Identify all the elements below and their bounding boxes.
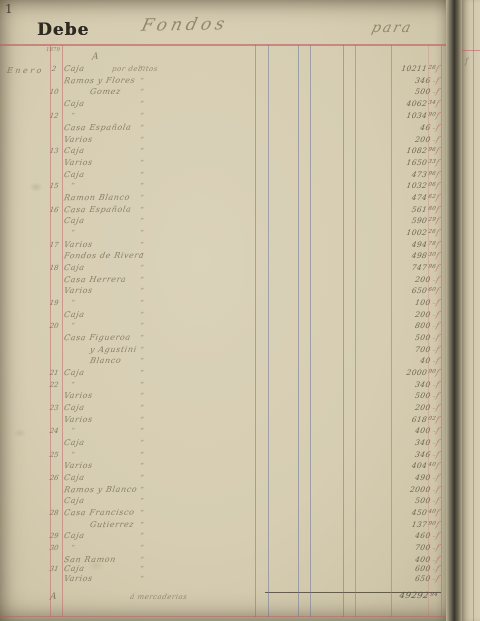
row-amount: 406234 xyxy=(369,100,436,108)
row-account: Caja xyxy=(63,565,85,573)
row-ditto-mark: ” xyxy=(140,393,145,400)
posting-mark: f xyxy=(435,427,440,435)
row-amount: 200– xyxy=(369,136,436,144)
row-account: Ramos y Blanco xyxy=(63,486,138,495)
column-rule-blue-5 xyxy=(343,45,344,617)
row-ditto-mark: ” xyxy=(140,137,145,144)
row-day: 13 xyxy=(46,148,63,155)
row-account: Fondos de Rivera xyxy=(63,252,145,261)
posting-mark: f xyxy=(435,416,440,424)
row-account: Casa Española xyxy=(63,206,132,214)
posting-mark: f xyxy=(435,276,440,284)
row-account: Gomez xyxy=(89,88,121,96)
column-rule-amount-right xyxy=(441,45,442,617)
row-ditto-mark: ” xyxy=(140,113,145,120)
row-ditto-mark: ” xyxy=(140,253,145,260)
row-day: 23 xyxy=(46,405,63,412)
row-ditto-mark: ” xyxy=(140,557,145,564)
row-ditto-mark: ” xyxy=(140,428,145,435)
posting-mark: f xyxy=(435,381,440,389)
row-ditto-mark: ” xyxy=(140,160,145,167)
row-day: 19 xyxy=(46,300,63,307)
row-ditto-mark: ” xyxy=(140,463,145,470)
next-page-rule xyxy=(473,0,474,621)
posting-mark: f xyxy=(435,474,440,482)
row-name-ditto: ” xyxy=(71,545,76,552)
row-amount: 100– xyxy=(369,299,436,307)
row-amount: 49830 xyxy=(369,252,436,260)
row-name-ditto: ” xyxy=(71,382,76,389)
row-day: 21 xyxy=(46,370,63,377)
row-account: Ramon Blanco xyxy=(63,194,130,202)
posting-mark: f xyxy=(435,112,440,120)
posting-mark: f xyxy=(435,532,440,540)
row-day: 10 xyxy=(46,89,63,96)
row-amount: 165033 xyxy=(369,159,436,167)
footer-rule xyxy=(0,616,446,617)
row-amount: 103490 xyxy=(369,112,436,120)
row-account: Caja xyxy=(63,65,85,73)
row-ditto-mark: ” xyxy=(140,148,145,155)
row-account: Casa Figueroa xyxy=(63,334,131,342)
row-name-ditto: ” xyxy=(71,428,76,435)
row-name-ditto: ” xyxy=(71,300,76,307)
row-ditto-mark: ” xyxy=(140,405,145,412)
row-ditto-mark: ” xyxy=(140,218,145,225)
row-account: Caja xyxy=(63,100,85,108)
row-ditto-mark: ” xyxy=(140,487,145,494)
row-note: por debitos xyxy=(111,66,158,73)
posting-mark: f xyxy=(435,509,440,517)
posting-mark: f xyxy=(435,77,440,85)
row-account: Varios xyxy=(63,136,93,144)
column-rule-amount-left xyxy=(355,45,356,617)
para-heading: para xyxy=(370,20,414,36)
row-account: y Agustini xyxy=(89,346,137,354)
row-ditto-mark: ” xyxy=(140,335,145,342)
row-account: Casa Española xyxy=(63,124,132,132)
row-amount: 45040 xyxy=(369,509,436,517)
row-amount: 46– xyxy=(369,124,436,132)
row-day: 2 xyxy=(46,66,63,73)
row-day: 25 xyxy=(46,452,63,459)
row-day: 12 xyxy=(46,113,63,120)
row-amount: 103206 xyxy=(369,182,436,190)
posting-mark: f xyxy=(435,334,440,342)
posting-mark: f xyxy=(435,462,440,470)
row-ditto-mark: ” xyxy=(140,382,145,389)
row-amount: 2000– xyxy=(369,486,436,494)
row-amount: 650– xyxy=(369,575,436,583)
row-account: Varios xyxy=(63,159,93,167)
posting-mark: f xyxy=(435,65,440,73)
posting-mark: f xyxy=(435,159,440,167)
row-amount: 400– xyxy=(369,427,436,435)
row-day: 17 xyxy=(46,242,63,249)
row-account: Caja xyxy=(63,439,85,447)
row-account: Caja xyxy=(63,147,85,155)
row-name-ditto: ” xyxy=(71,323,76,330)
row-amount: 61802 xyxy=(369,416,436,424)
paraph-mark: A xyxy=(92,51,99,62)
row-amount: 500– xyxy=(369,88,436,96)
header-rule xyxy=(0,44,446,46)
row-amount: 460– xyxy=(369,532,436,540)
posting-mark: f xyxy=(435,544,440,552)
row-amount: 40– xyxy=(369,357,436,365)
posting-mark: f xyxy=(435,497,440,505)
row-amount: 47462 xyxy=(369,194,436,202)
row-account: Caja xyxy=(63,497,85,505)
row-account: Varios xyxy=(63,462,93,470)
row-account: Caja xyxy=(63,264,85,272)
row-day: 30 xyxy=(46,545,63,552)
row-ditto-mark: ” xyxy=(140,566,145,573)
row-ditto-mark: ” xyxy=(140,288,145,295)
next-page-header-rule xyxy=(462,50,480,51)
posting-mark: f xyxy=(435,451,440,459)
row-ditto-mark: ” xyxy=(140,207,145,214)
posting-mark: f xyxy=(435,100,440,108)
year-note: 1879 xyxy=(46,47,60,53)
row-account: Varios xyxy=(63,241,93,249)
row-account: Varios xyxy=(63,575,93,583)
month-label: Enero xyxy=(6,66,44,75)
row-day: 31 xyxy=(46,566,63,573)
row-ditto-mark: ” xyxy=(140,242,145,249)
row-amount: 108296 xyxy=(369,147,436,155)
row-amount: 200090 xyxy=(369,369,436,377)
row-account: Caja xyxy=(63,474,85,482)
posting-mark: f xyxy=(435,252,440,260)
row-ditto-mark: ” xyxy=(140,452,145,459)
row-ditto-mark: ” xyxy=(140,510,145,517)
row-name-ditto: ” xyxy=(71,230,76,237)
row-account: Caja xyxy=(63,532,85,540)
row-amount: 400– xyxy=(369,556,436,564)
row-amount: 1021126 xyxy=(369,65,436,73)
row-account: Varios xyxy=(63,416,93,424)
row-amount: 200– xyxy=(369,311,436,319)
row-amount: 200– xyxy=(369,276,436,284)
row-amount: 340– xyxy=(369,381,436,389)
row-ditto-mark: ” xyxy=(140,78,145,85)
row-amount: 59029 xyxy=(369,217,436,225)
ledger-title: Fondos xyxy=(140,14,231,35)
posting-mark: f xyxy=(435,404,440,412)
posting-mark: f xyxy=(435,486,440,494)
row-account: Varios xyxy=(63,287,93,295)
posting-mark: f xyxy=(435,357,440,365)
row-account: Casa Francisco xyxy=(63,509,135,517)
binding-gutter xyxy=(446,0,462,621)
row-ditto-mark: ” xyxy=(140,440,145,447)
posting-mark: f xyxy=(435,241,440,249)
posting-mark: f xyxy=(435,575,440,583)
row-ditto-mark: ” xyxy=(140,101,145,108)
total-paraph: A xyxy=(50,592,57,602)
row-ditto-mark: ” xyxy=(140,522,145,529)
row-day: 28 xyxy=(46,510,63,517)
posting-mark: f xyxy=(435,147,440,155)
row-amount: 200– xyxy=(369,404,436,412)
row-amount: 340– xyxy=(369,439,436,447)
row-amount: 700– xyxy=(369,544,436,552)
posting-mark: f xyxy=(435,346,440,354)
posting-mark: f xyxy=(435,124,440,132)
row-ditto-mark: ” xyxy=(140,545,145,552)
posting-mark: f xyxy=(435,287,440,295)
row-ditto-mark: ” xyxy=(140,183,145,190)
row-account: Gutierrez xyxy=(89,521,134,529)
posting-mark: f xyxy=(435,194,440,202)
posting-mark: f xyxy=(435,206,440,214)
posting-mark: f xyxy=(435,439,440,447)
row-ditto-mark: ” xyxy=(140,498,145,505)
row-name-ditto: ” xyxy=(71,452,76,459)
posting-mark: f xyxy=(435,369,440,377)
posting-mark: f xyxy=(435,264,440,272)
row-ditto-mark: ” xyxy=(140,576,145,583)
row-ditto-mark: ” xyxy=(140,66,145,73)
row-day: 22 xyxy=(46,382,63,389)
row-account: Casa Herrera xyxy=(63,276,127,284)
column-rule-blue-1 xyxy=(255,45,256,617)
row-account: Caja xyxy=(63,369,85,377)
row-ditto-mark: ” xyxy=(140,370,145,377)
row-amount: 800– xyxy=(369,322,436,330)
row-amount: 346– xyxy=(369,451,436,459)
row-ditto-mark: ” xyxy=(140,277,145,284)
ledger-page-scan: 1 Debe Fondos para 1879 A Enero 2Cajapor… xyxy=(0,0,480,621)
posting-mark: f xyxy=(435,229,440,237)
row-ditto-mark: ” xyxy=(140,300,145,307)
total-amount: 4929294 xyxy=(367,592,438,601)
row-amount: 700– xyxy=(369,346,436,354)
row-ditto-mark: ” xyxy=(140,347,145,354)
row-name-ditto: ” xyxy=(71,113,76,120)
row-ditto-mark: ” xyxy=(140,312,145,319)
debit-heading: Debe xyxy=(37,20,89,40)
total-label: á mercaderias xyxy=(129,594,250,601)
row-account: Blanco xyxy=(89,357,122,365)
row-ditto-mark: ” xyxy=(140,195,145,202)
row-amount: 40440 xyxy=(369,462,436,470)
row-amount: 74796 xyxy=(369,264,436,272)
posting-mark: f xyxy=(435,521,440,529)
next-page-edge xyxy=(462,0,480,621)
page-number: 1 xyxy=(5,2,13,16)
row-account: San Ramon xyxy=(63,556,116,564)
row-amount: 65060 xyxy=(369,287,436,295)
posting-mark: f xyxy=(435,556,440,564)
row-day: 16 xyxy=(46,207,63,214)
column-rule-blue-4 xyxy=(310,45,311,617)
ledger-left-page: 1 Debe Fondos para 1879 A Enero 2Cajapor… xyxy=(0,0,446,621)
row-account: Caja xyxy=(63,217,85,225)
row-account: Ramos y Flores xyxy=(63,77,136,85)
posting-mark: f xyxy=(435,299,440,307)
row-day: 18 xyxy=(46,265,63,272)
row-amount: 56180 xyxy=(369,206,436,214)
posting-mark: f xyxy=(435,136,440,144)
posting-mark: f xyxy=(435,88,440,96)
row-ditto-mark: ” xyxy=(140,358,145,365)
row-day: 29 xyxy=(46,533,63,540)
posting-mark: f xyxy=(435,182,440,190)
posting-mark: f xyxy=(435,322,440,330)
row-account: Caja xyxy=(63,404,85,412)
next-page-ink-fragment: f xyxy=(465,57,468,66)
posting-mark: f xyxy=(435,565,440,573)
row-ditto-mark: ” xyxy=(140,533,145,540)
row-amount: 600– xyxy=(369,565,436,573)
row-day: 26 xyxy=(46,475,63,482)
row-amount: 100226 xyxy=(369,229,436,237)
posting-mark: f xyxy=(435,392,440,400)
column-rule-blue-2 xyxy=(268,45,269,617)
row-account: Varios xyxy=(63,392,93,400)
posting-mark: f xyxy=(435,171,440,179)
row-ditto-mark: ” xyxy=(140,417,145,424)
row-amount: 500– xyxy=(369,334,436,342)
row-amount: 346– xyxy=(369,77,436,85)
row-amount: 13790 xyxy=(369,521,436,529)
row-amount: 47396 xyxy=(369,171,436,179)
row-amount: 490– xyxy=(369,474,436,482)
row-amount: 500– xyxy=(369,392,436,400)
posting-mark: f xyxy=(435,217,440,225)
row-day: 20 xyxy=(46,323,63,330)
row-ditto-mark: ” xyxy=(140,265,145,272)
row-amount: 500– xyxy=(369,497,436,505)
row-ditto-mark: ” xyxy=(140,125,145,132)
row-ditto-mark: ” xyxy=(140,89,145,96)
row-ditto-mark: ” xyxy=(140,323,145,330)
row-day: 24 xyxy=(46,428,63,435)
row-ditto-mark: ” xyxy=(140,172,145,179)
row-ditto-mark: ” xyxy=(140,475,145,482)
column-rule-blue-3 xyxy=(298,45,299,617)
row-day: 15 xyxy=(46,183,63,190)
row-account: Caja xyxy=(63,311,85,319)
row-ditto-mark: ” xyxy=(140,230,145,237)
row-name-ditto: ” xyxy=(71,183,76,190)
row-account: Caja xyxy=(63,171,85,179)
posting-mark: f xyxy=(435,311,440,319)
row-amount: 49478 xyxy=(369,241,436,249)
